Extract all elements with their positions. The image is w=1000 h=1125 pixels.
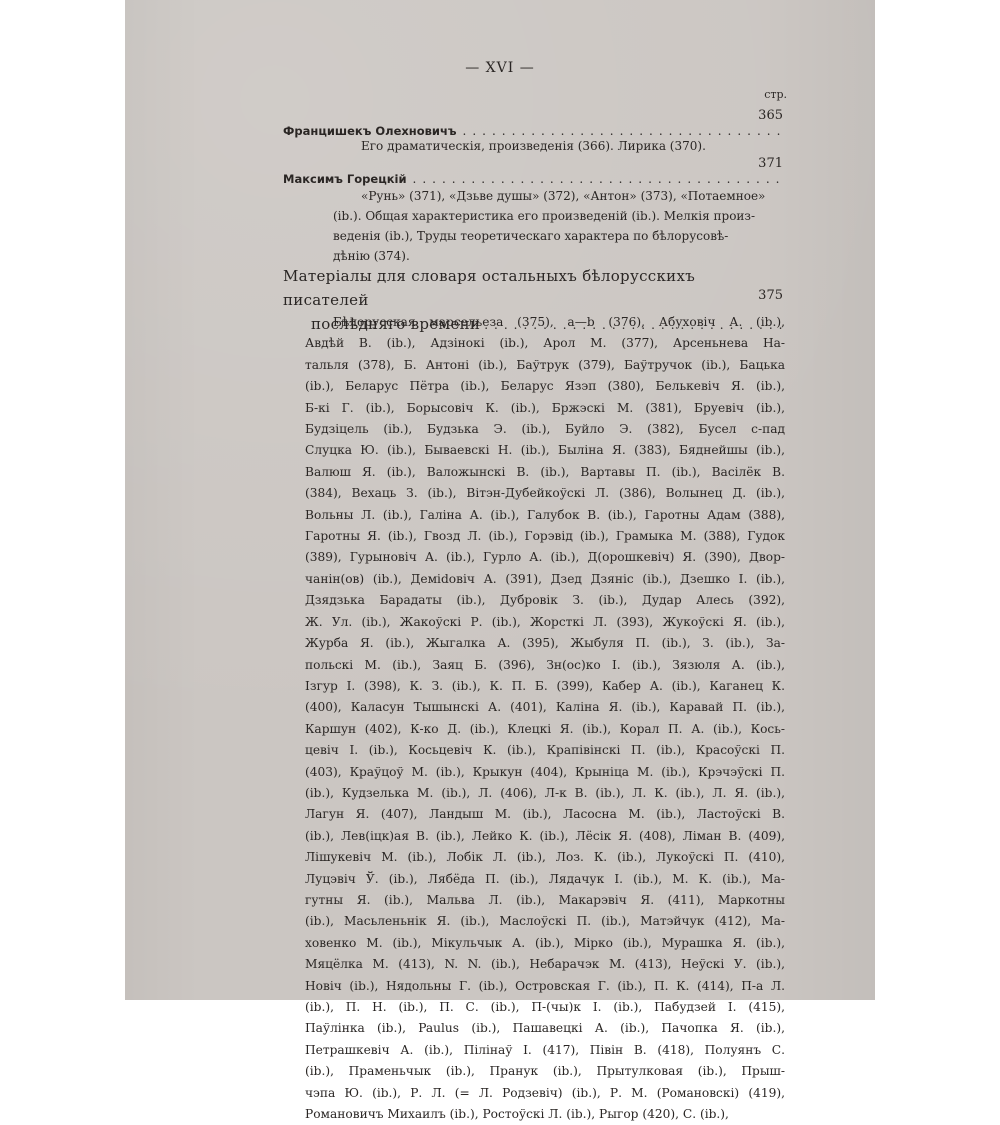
body-line: Луцэвіч Ў. (ib.), Лябёда П. (ib.), Лядач… (305, 869, 785, 890)
body-line: польскі М. (ib.), Заяц Б. (396), Зн(ос)к… (305, 655, 785, 676)
page-number: — XVI — (125, 60, 875, 76)
body-line: Каршун (402), К-ко Д. (ib.), Клецкі Я. (… (305, 719, 785, 740)
body-line: чанін(ов) (ib.), Деміdовіч А. (391), Дзе… (305, 569, 785, 590)
body-line: Будзіцель (ib.), Будзька Э. (ib.), Буйло… (305, 419, 785, 440)
body-line: тальля (378), Б. Антоні (ib.), Баўтрук (… (305, 355, 785, 376)
body-line: Бѣлорусская марсельеза (375), а—b (376),… (305, 312, 785, 333)
body-line: Ізгур І. (398), К. З. (ib.), К. П. Б. (3… (305, 676, 785, 697)
section-body: Бѣлорусская марсельеза (375), а—b (376),… (305, 312, 785, 1000)
section-page-number: 375 (758, 288, 783, 303)
page-column-label: стр. (764, 88, 787, 101)
entry-description-line: «Рунь» (371), «Дзьве душы» (372), «Антон… (361, 186, 765, 206)
body-line: Мяцёлка М. (413), N. N. (ib.), Небарачэк… (305, 954, 785, 975)
body-line: Лагун Я. (407), Ландыш М. (ib.), Ласосна… (305, 804, 785, 825)
author-name: Максимъ Горецкій (283, 172, 413, 186)
body-line: (ib.), Масьленьнік Я. (ib.), Маслоўскі П… (305, 911, 785, 932)
body-line: Дзядзька Барадаты (ib.), Дубровік З. (ib… (305, 590, 785, 611)
dot-leader: ........................................… (413, 172, 785, 186)
body-line: Новіч (ib.), Нядольны Г. (ib.), Островск… (305, 976, 785, 997)
body-line: Вольны Л. (ib.), Галіна А. (ib.), Галубо… (305, 505, 785, 526)
entry-description-line: веденія (ib.), Труды теоретическаго хара… (333, 226, 728, 246)
entry-page-number: 371 (758, 156, 783, 171)
body-line: (400), Каласун Тышынскі А. (401), Каліна… (305, 697, 785, 718)
body-line: (389), Гурыновіч А. (ib.), Гурло А. (ib.… (305, 547, 785, 568)
body-line: Журба Я. (ib.), Жыгалка А. (395), Жыбуля… (305, 633, 785, 654)
toc-entry-goretsky: Максимъ Горецкій .......................… (283, 172, 785, 186)
body-line: ховенко М. (ib.), Мікульчык А. (ib.), Мі… (305, 933, 785, 954)
body-line: Гаротны Я. (ib.), Гвозд Л. (ib.), Горэві… (305, 526, 785, 547)
body-line: (ib.), Кудзелька М. (ib.), Л. (406), Л-к… (305, 783, 785, 804)
body-line: цевіч І. (ib.), Косьцевіч К. (ib.), Крап… (305, 740, 785, 761)
entry-page-number: 365 (758, 108, 783, 123)
section-title-line1: Матеріалы для словаря остальныхъ бѣлорус… (283, 264, 785, 312)
body-line: Валюш Я. (ib.), Валожынскі В. (ib.), Вар… (305, 462, 785, 483)
body-line: Авдѣй В. (ib.), Адзінокі (ib.), Арол М. … (305, 333, 785, 354)
body-line: (ib.), Лев(іцк)ая В. (ib.), Лейко К. (ib… (305, 826, 785, 847)
body-line: (384), Вехаць З. (ib.), Вітэн-Дубейкоўск… (305, 483, 785, 504)
body-line: Б-кі Г. (ib.), Борысовіч К. (ib.), Бржэс… (305, 398, 785, 419)
entry-description-line: дѣнію (374). (333, 246, 410, 266)
body-line: Слуцка Ю. (ib.), Бываевскі Н. (ib.), Был… (305, 440, 785, 461)
body-line: гутны Я. (ib.), Мальва Л. (ib.), Макарэв… (305, 890, 785, 911)
body-line: (ib.), Беларус Пётра (ib.), Беларус Язэп… (305, 376, 785, 397)
entry-description: Его драматическія, произведенія (366). Л… (361, 136, 706, 156)
entry-description-line: (ib.). Общая характеристика его произвед… (333, 206, 755, 226)
body-line: Ж. Ул. (ib.), Жакоўскі Р. (ib.), Жорсткі… (305, 612, 785, 633)
book-page: — XVI — стр. 365 Францишекъ Олехновичъ .… (125, 0, 875, 1000)
body-line: Лішукевіч М. (ib.), Лобік Л. (ib.), Лоз.… (305, 847, 785, 868)
body-line: (403), Краўцоў М. (ib.), Крыкун (404), К… (305, 762, 785, 783)
